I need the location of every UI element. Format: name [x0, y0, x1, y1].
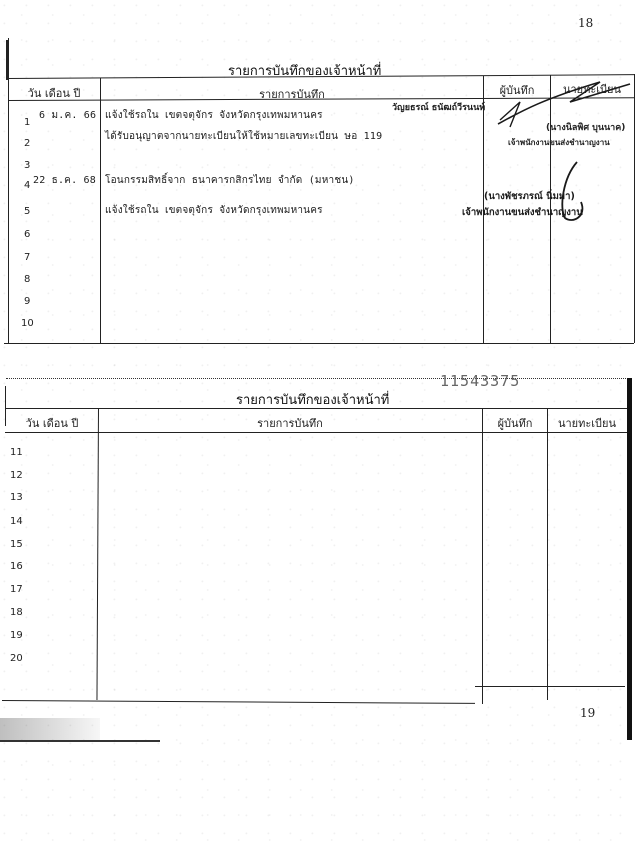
- table-bottom-border: [4, 343, 634, 344]
- page-title: รายการบันทึกของเจ้าหน้าที่: [236, 389, 389, 410]
- col-divider-recorder: [547, 408, 548, 700]
- entry-text: ได้รับอนุญาตจากนายทะเบียนให้ใช้หมายเลขทะ…: [105, 129, 382, 144]
- row-number: 10: [21, 318, 34, 329]
- row-number: 8: [24, 274, 30, 285]
- header-recorder: ผู้บันทึก: [483, 414, 547, 432]
- col-divider-entry: [482, 408, 483, 704]
- entry-date: 6 ม.ค. 66: [39, 108, 96, 123]
- row-number: 18: [10, 607, 23, 618]
- entry-date: 22 ธ.ค. 68: [33, 173, 96, 188]
- row-number: 15: [10, 539, 23, 550]
- registrar-stamp-name: (นางนิลพิศ บุนนาค): [546, 120, 625, 134]
- page-title: รายการบันทึกของเจ้าหน้าที่: [228, 60, 381, 81]
- serial-number: 11543375: [440, 372, 520, 390]
- table-left-border: [8, 38, 9, 343]
- table-bottom-border: [2, 700, 475, 704]
- entry-text: แจ้งใช้รถใน เขตจตุจักร จังหวัดกรุงเทพมหา…: [105, 108, 323, 123]
- col-divider-date: [96, 408, 99, 700]
- header-entry: รายการบันทึก: [100, 414, 480, 432]
- table-left-border: [5, 386, 6, 426]
- row-number: 1: [24, 117, 30, 128]
- page-number: 19: [580, 706, 595, 720]
- row-number: 12: [10, 470, 23, 481]
- row-number: 2: [24, 138, 30, 149]
- row-number: 20: [10, 653, 23, 664]
- row-number: 5: [24, 206, 30, 217]
- page-right-edge: [627, 378, 632, 740]
- row-number: 7: [24, 252, 30, 263]
- row-number: 9: [24, 296, 30, 307]
- entry-text: โอนกรรมสิทธิ์จาก ธนาคารกสิกรไทย จำกัด (ม…: [105, 173, 355, 188]
- row-number: 3: [24, 160, 30, 171]
- page-number: 18: [578, 16, 593, 30]
- row-number: 6: [24, 229, 30, 240]
- page-bottom-edge: [0, 740, 160, 742]
- recorder-stamp-name-2: (นางพัชรภรณ์ นิ่มมา): [484, 189, 575, 204]
- header-date: วัน เดือน ปี: [8, 414, 96, 432]
- row-number: 4: [24, 180, 30, 191]
- table-bottom-border-right: [475, 686, 625, 687]
- recorder-stamp-name: วัญยธรณ์ ธนัฒถ์วีรนนท์: [392, 100, 485, 114]
- header-registrar: นายทะเบียน: [548, 414, 626, 432]
- registrar-stamp-title: เจ้าพนักงานขนส่งชำนาญงาน: [508, 136, 610, 149]
- row-number: 13: [10, 492, 23, 503]
- entry-text: แจ้งใช้รถใน เขตจตุจักร จังหวัดกรุงเทพมหา…: [105, 203, 323, 218]
- col-divider-date: [100, 78, 101, 343]
- header-date: วัน เดือน ปี: [10, 84, 98, 102]
- row-number: 19: [10, 630, 23, 641]
- row-number: 17: [10, 584, 23, 595]
- row-number: 14: [10, 516, 23, 527]
- recorder-stamp-title-2: เจ้าพนักงานขนส่งชำนาญงาน: [462, 205, 583, 220]
- page-top-edge: [6, 378, 628, 379]
- row-number: 16: [10, 561, 23, 572]
- scan-smudge: [0, 718, 100, 740]
- row-number: 11: [10, 447, 23, 458]
